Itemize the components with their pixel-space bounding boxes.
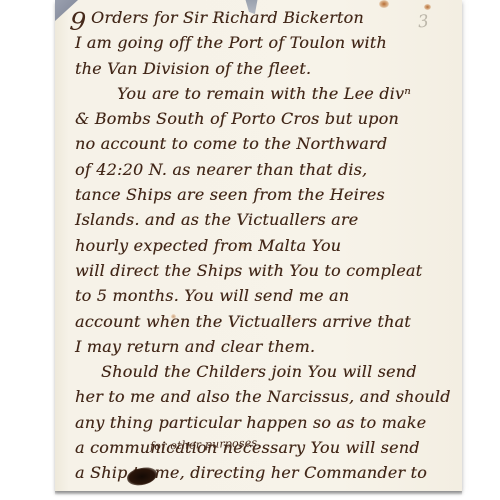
manuscript-line: I am going off the Port of Toulon with	[75, 30, 457, 55]
manuscript-line: I may return and clear them.	[75, 334, 457, 359]
manuscript-line: any thing particular happen so as to mak…	[75, 410, 457, 435]
scanned-letter-canvas: { "page": { "background": "#ffffff", "pa…	[0, 0, 500, 500]
manuscript-line: the Van Division of the fleet.	[75, 56, 457, 81]
manuscript-line: Orders for Sir Richard Bickerton	[75, 5, 457, 30]
manuscript-line: & Bombs South of Porto Cros but upon	[75, 106, 457, 131]
manuscript-line: tance Ships are seen from the Heires	[75, 182, 457, 207]
manuscript-line: Should the Childers join You will send	[75, 359, 457, 384]
manuscript-line: no account to come to the Northward	[75, 131, 457, 156]
manuscript-line: a communication necessary You will send	[75, 435, 457, 460]
manuscript-line: account when the Victuallers arrive that	[75, 309, 457, 334]
manuscript-line: hourly expected from Malta You	[75, 233, 457, 258]
page-edge-shadow	[55, 491, 462, 495]
letter-page: 3 9 Orders for Sir Richard BickertonI am…	[55, 0, 462, 491]
manuscript-line: You are to remain with the Lee divⁿ	[75, 81, 457, 106]
manuscript-line: Islands. and as the Victuallers are	[75, 207, 457, 232]
manuscript-line: her to me and also the Narcissus, and sh…	[75, 384, 457, 409]
letter-body: Orders for Sir Richard BickertonI am goi…	[75, 5, 457, 486]
manuscript-line: will direct the Ships with You to comple…	[75, 258, 457, 283]
manuscript-line: to 5 months. You will send me an	[75, 283, 457, 308]
manuscript-line: of 42:20 N. as nearer than that dis,	[75, 157, 457, 182]
